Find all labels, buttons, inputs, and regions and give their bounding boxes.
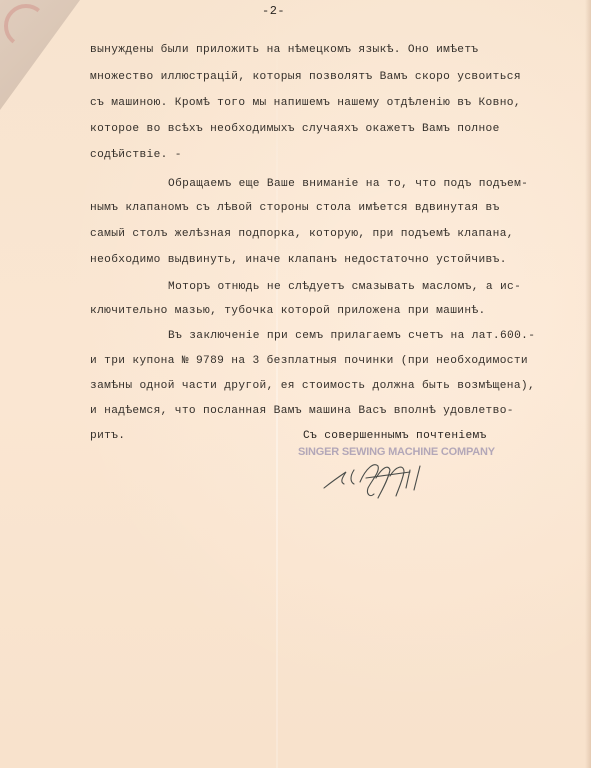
text-line: съ машиною. Кромѣ того мы напишемъ нашем… (90, 96, 521, 110)
text-line: необходимо выдвинуть, иначе клапанъ недо… (90, 253, 507, 267)
text-line: нымъ клапаномъ съ лѣвой стороны стола им… (90, 201, 500, 215)
text-line: ключительно мазью, тубочка которой прило… (90, 304, 486, 318)
document-page: -2- вынуждены были приложить на нѣмецком… (0, 0, 591, 768)
paragraph-start: Моторъ отнюдь не слѣдуетъ смазывать масл… (168, 280, 521, 294)
text-line: множество иллюстрацій, которыя позволятъ… (90, 70, 521, 84)
text-line: и надѣемся, что посланная Вамъ машина Ва… (90, 404, 514, 418)
text-line: замѣны одной части другой, ея стоимость … (90, 379, 535, 393)
company-stamp: SINGER SEWING MACHINE COMPANY (298, 446, 495, 458)
text-line: которое во всѣхъ необходимыхъ случаяхъ о… (90, 122, 500, 136)
paragraph-start: Обращаемъ еще Ваше вниманіе на то, что п… (168, 177, 528, 191)
text-line: самый столъ желѣзная подпорка, которую, … (90, 227, 514, 241)
text-line: содѣйствіе. - (90, 148, 182, 162)
text-line: ритъ. (90, 429, 125, 443)
text-line: и три купона № 9789 на 3 безплатныя почи… (90, 354, 528, 368)
signature (320, 458, 450, 510)
text-line: вынуждены были приложить на нѣмецкомъ яз… (90, 43, 479, 57)
page-number: -2- (262, 4, 285, 18)
paragraph-start: Въ заключеніе при семъ прилагаемъ счетъ … (168, 329, 535, 343)
closing-salutation: Съ совершеннымъ почтеніемъ (303, 430, 487, 442)
paper-edge-shadow (585, 0, 591, 768)
